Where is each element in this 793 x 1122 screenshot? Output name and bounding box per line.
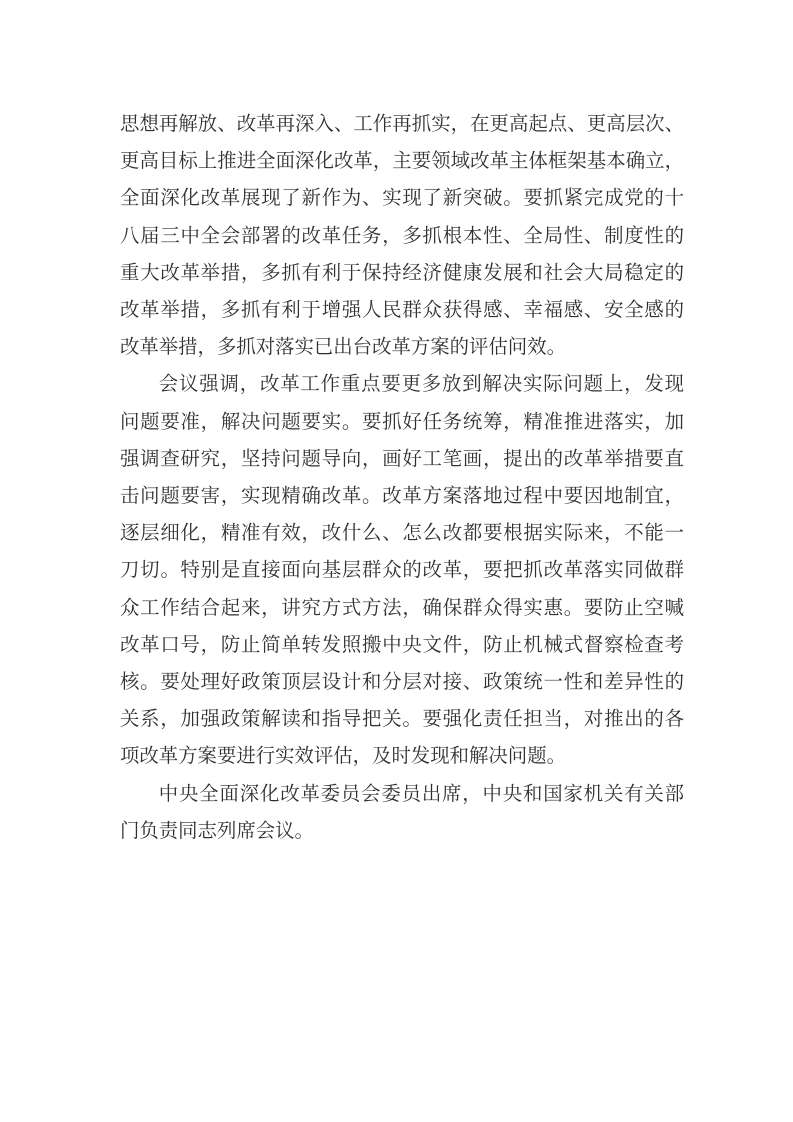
paragraph: 思想再解放、改革再深入、工作再抓实，在更高起点、更高层次、更高目标上推进全面深化… [120, 106, 684, 366]
document-body: 思想再解放、改革再深入、工作再抓实，在更高起点、更高层次、更高目标上推进全面深化… [120, 106, 684, 850]
text-line: 八届三中全会部署的改革任务，多抓根本性、全局性、制度性的 [120, 218, 684, 255]
text-line: 击问题要害，实现精确改革。改革方案落地过程中要因地制宜， [120, 478, 684, 515]
text-line: 项改革方案要进行实效评估，及时发现和解决问题。 [120, 738, 684, 775]
paragraph: 会议强调，改革工作重点要更多放到解决实际问题上，发现问题要准，解决问题要实。要抓… [120, 366, 684, 775]
text-line: 问题要准，解决问题要实。要抓好任务统筹，精准推进落实，加 [120, 404, 684, 441]
text-line: 核。要处理好政策顶层设计和分层对接、政策统一性和差异性的 [120, 664, 684, 701]
text-line: 改革举措，多抓有利于增强人民群众获得感、幸福感、安全感的 [120, 292, 684, 329]
paragraph: 中央全面深化改革委员会委员出席，中央和国家机关有关部门负责同志列席会议。 [120, 776, 684, 850]
text-line: 众工作结合起来，讲究方式方法，确保群众得实惠。要防止空喊 [120, 590, 684, 627]
text-line: 重大改革举措，多抓有利于保持经济健康发展和社会大局稳定的 [120, 255, 684, 292]
text-line: 会议强调，改革工作重点要更多放到解决实际问题上，发现 [120, 366, 684, 403]
text-line: 逐层细化，精准有效，改什么、怎么改都要根据实际来，不能一 [120, 515, 684, 552]
text-line: 思想再解放、改革再深入、工作再抓实，在更高起点、更高层次、 [120, 106, 684, 143]
text-line: 强调查研究，坚持问题导向，画好工笔画，提出的改革举措要直 [120, 441, 684, 478]
text-line: 刀切。特别是直接面向基层群众的改革，要把抓改革落实同做群 [120, 552, 684, 589]
text-line: 改革举措，多抓对落实已出台改革方案的评估问效。 [120, 329, 684, 366]
text-line: 中央全面深化改革委员会委员出席，中央和国家机关有关部 [120, 776, 684, 813]
text-line: 改革口号，防止简单转发照搬中央文件，防止机械式督察检查考 [120, 627, 684, 664]
text-line: 关系，加强政策解读和指导把关。要强化责任担当，对推出的各 [120, 701, 684, 738]
text-line: 门负责同志列席会议。 [120, 813, 684, 850]
text-line: 更高目标上推进全面深化改革，主要领域改革主体框架基本确立， [120, 143, 684, 180]
text-line: 全面深化改革展现了新作为、实现了新突破。要抓紧完成党的十 [120, 180, 684, 217]
document-page: 思想再解放、改革再深入、工作再抓实，在更高起点、更高层次、更高目标上推进全面深化… [0, 0, 793, 1122]
